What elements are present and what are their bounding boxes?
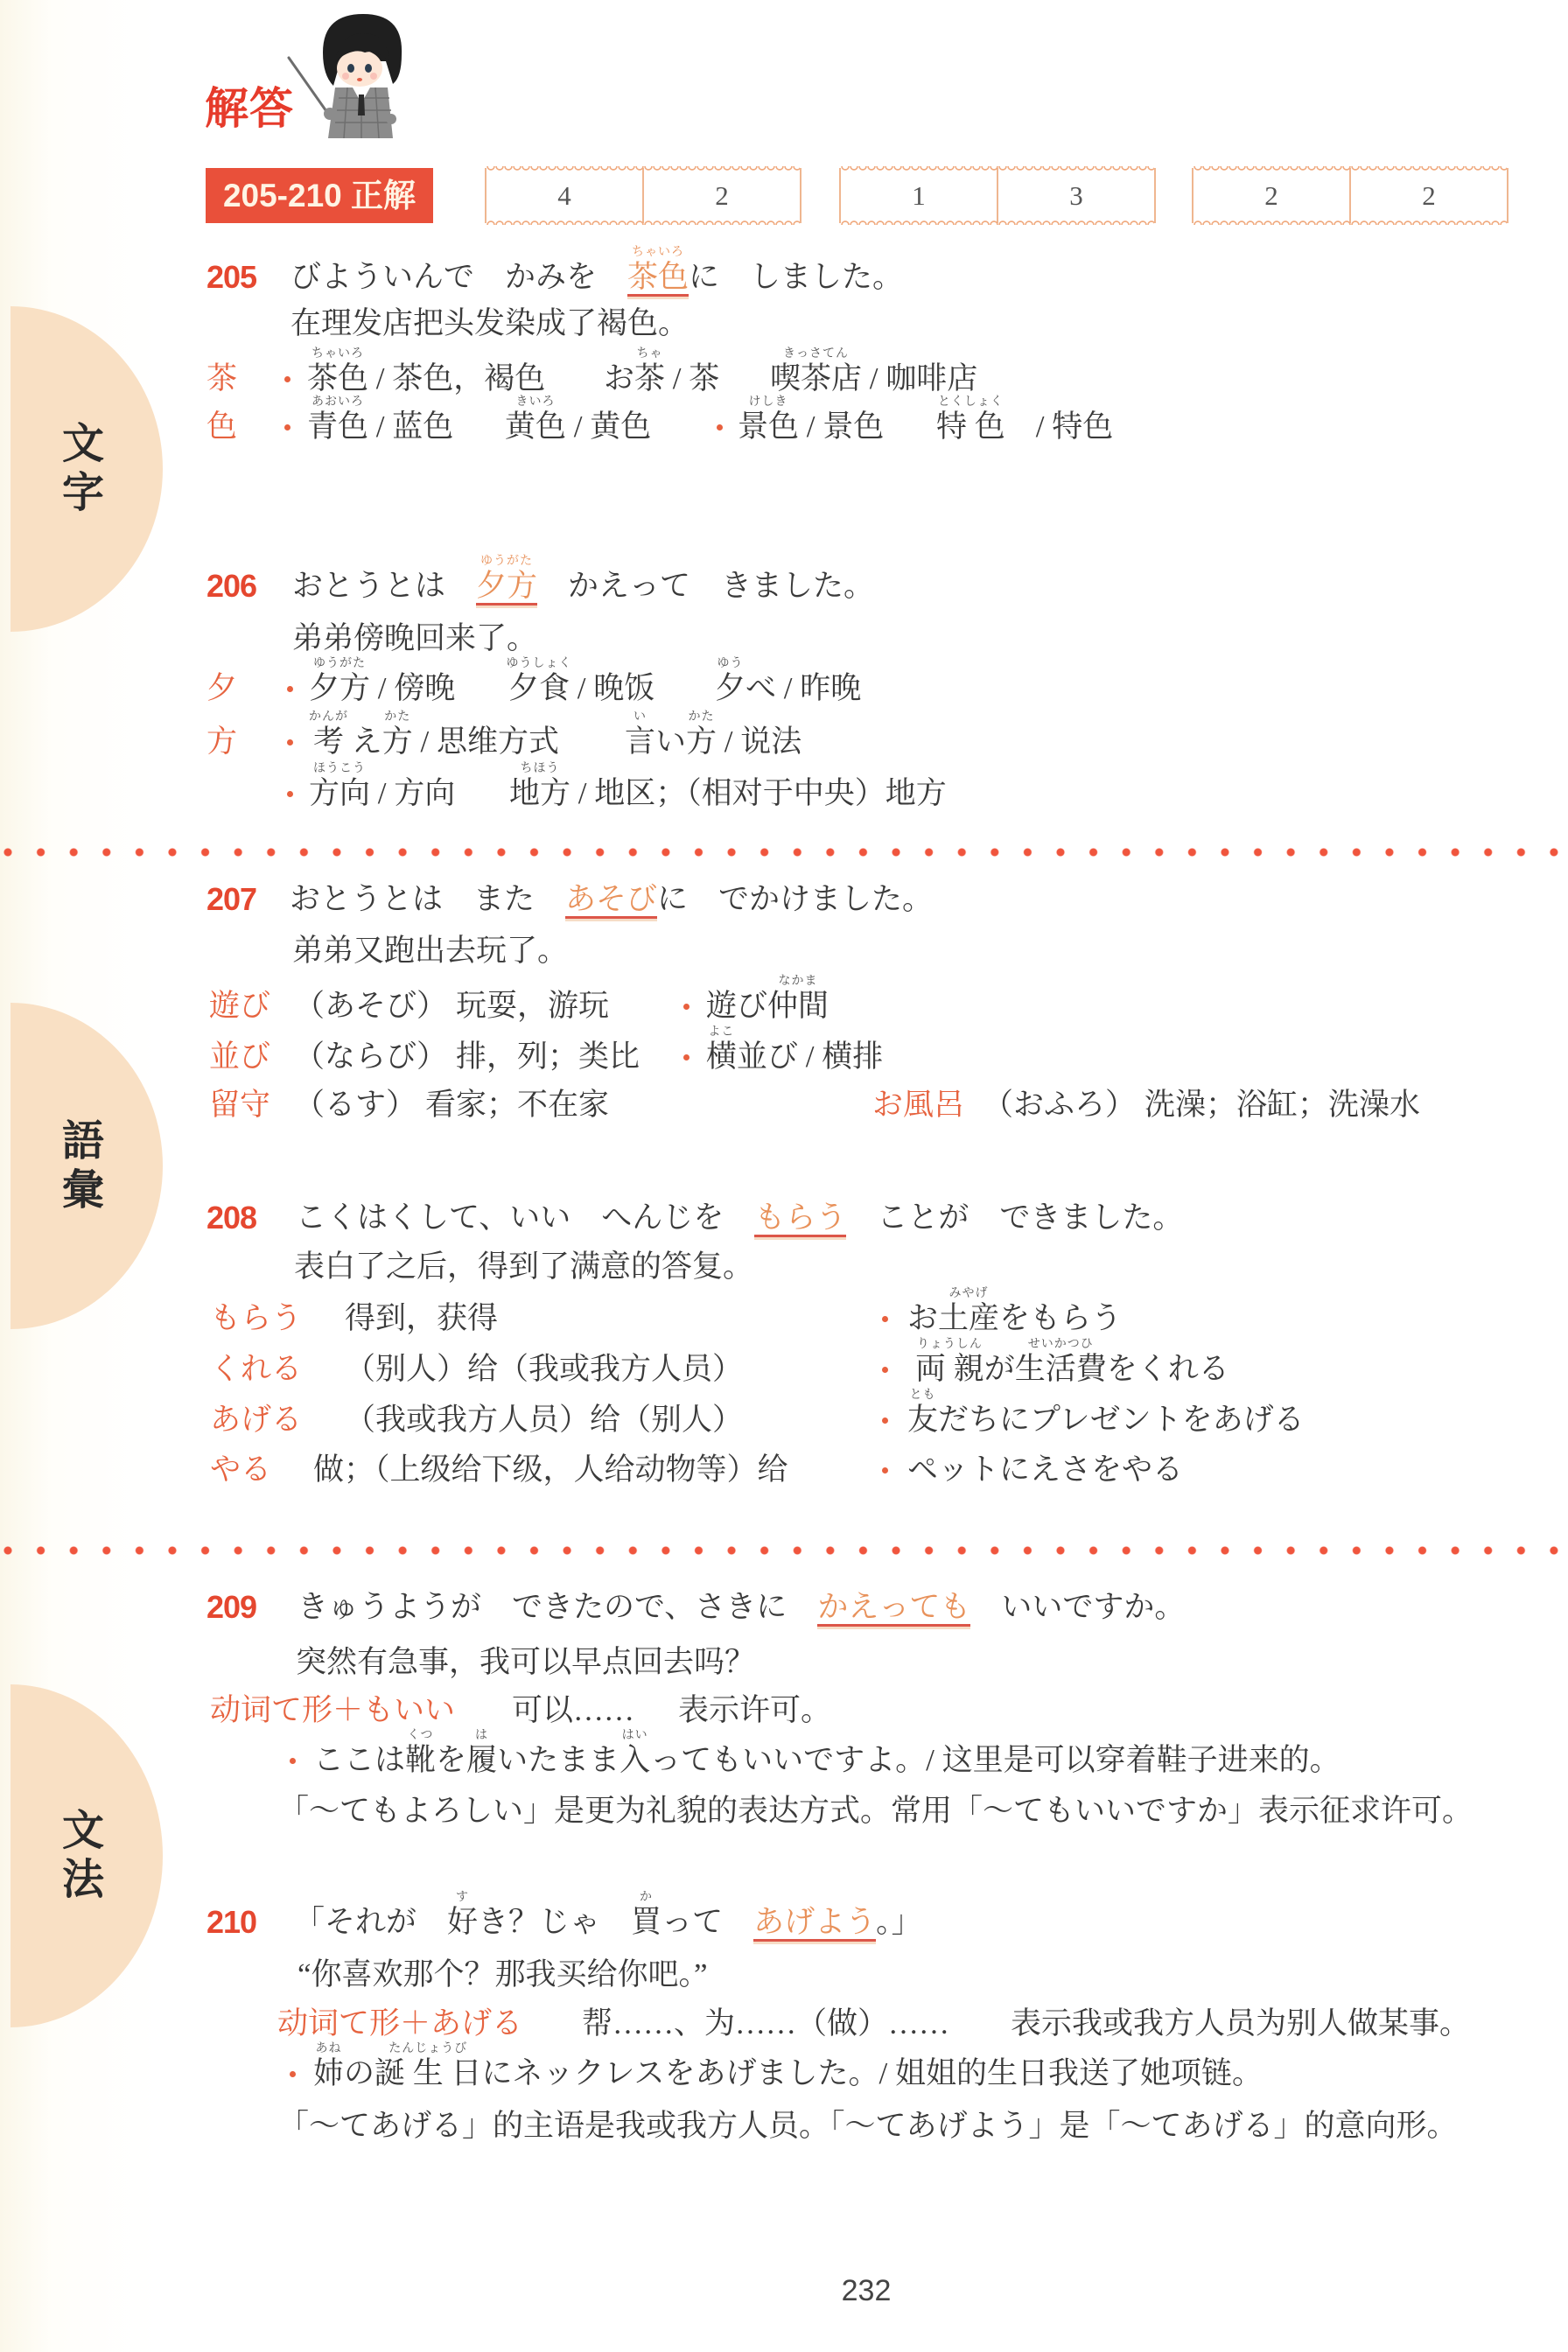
sentence-text: に しました。 xyxy=(689,260,903,294)
furigana: ほうこう xyxy=(313,763,366,775)
vocab-example: ゆうがた夕方 / 傍晚 xyxy=(309,669,455,708)
vocab-example: とも友だちにプレゼントをあげる xyxy=(907,1401,1305,1439)
reading: （るす） xyxy=(294,1088,416,1122)
furigana: きっさてん xyxy=(783,348,849,360)
answer-text: かえっても xyxy=(817,1590,970,1627)
furigana: きいろ xyxy=(516,396,556,409)
bullet-icon xyxy=(290,1758,296,1764)
reading: （ならび） xyxy=(294,1039,447,1074)
vocab-example: きっさてん喫茶店 / 咖啡店 xyxy=(770,360,977,398)
vocab-definition: （おふろ）洗澡；浴缸；洗澡水 xyxy=(983,1086,1420,1124)
sentence-text: こくはくして、いい へんじを xyxy=(296,1200,754,1235)
furigana: ちゃ xyxy=(637,348,663,360)
furigana: せいかつひ xyxy=(1028,1339,1094,1351)
bullet-icon xyxy=(882,1316,888,1322)
furigana: ゆうがた xyxy=(313,658,366,670)
vocab-definition: （ならび）排，列；类比 xyxy=(294,1038,640,1076)
ruby-word: けしき景色 xyxy=(738,408,799,446)
vocab-example: ほうこう方向 / 方向 xyxy=(309,774,455,813)
side-tab-writing: 文字 xyxy=(10,306,163,632)
question-number: 208 xyxy=(206,1199,256,1237)
vocab-word: 遊び xyxy=(209,987,270,1025)
bullet-icon xyxy=(683,1004,689,1010)
sentence-text: ことが できました。 xyxy=(846,1200,1183,1235)
ruby-word: す好 xyxy=(447,1903,478,1942)
ruby-word: ゆう夕 xyxy=(715,669,745,708)
ruby-word: ゆうしょく夕食 xyxy=(508,669,570,708)
grammar-example: ここはくつ靴をは履いたままはい入ってもいいですよ。/ 这里是可以穿着鞋子进来的。 xyxy=(313,1741,1340,1780)
furigana: ゆうしょく xyxy=(507,658,572,670)
ruby-word: ちゃいろ茶色 xyxy=(307,360,368,398)
translation: “你喜欢那个？那我买给你吧。” xyxy=(297,1956,708,1994)
dotted-separator xyxy=(0,848,1568,857)
vocab-definition: （あそび）玩耍，游玩 xyxy=(294,987,609,1025)
question-number: 209 xyxy=(206,1588,256,1627)
bullet-icon xyxy=(683,1054,689,1060)
vocab-example: きいろ黄色 / 黄色 xyxy=(505,408,651,446)
question-sentence: 「それが す好き？じゃ か買って あげよう。」 xyxy=(294,1903,922,1942)
side-tab-label: 文法 xyxy=(60,1807,106,1905)
meaning: 得到，获得 xyxy=(345,1299,498,1338)
furigana: とも xyxy=(910,1389,936,1402)
answer-text: 夕方 xyxy=(476,569,537,605)
grammar-note: 「～てもよろしい」是更为礼貌的表达方式。常用「～てもいいですか」表示征求许可。 xyxy=(278,1792,1473,1830)
grammar-meaning: 可以…… xyxy=(512,1691,634,1730)
meaning: （别人）给（我或我方人员） xyxy=(345,1350,743,1389)
ruby-word: ちゃ茶 xyxy=(634,360,665,398)
furigana: りょうしん xyxy=(917,1339,983,1351)
ruby-word: よこ横 xyxy=(706,1038,737,1076)
dotted-separator xyxy=(0,1546,1568,1555)
ruby-word: ゆうがた夕方 xyxy=(309,669,370,708)
vocab-example: あおいろ青色 / 蓝色 xyxy=(307,408,453,446)
vocab-example: かんが考 えかた方 / 思维方式 xyxy=(313,723,559,761)
grammar-meaning: 帮……、为……（做）…… xyxy=(582,2005,949,2043)
furigana: かんが xyxy=(309,711,348,724)
kanji-label: 夕 xyxy=(206,669,237,708)
furigana: みやげ xyxy=(949,1288,989,1300)
bullet-icon xyxy=(882,1417,888,1424)
vocab-definition: （るす）看家；不在家 xyxy=(294,1086,609,1124)
furigana: はい xyxy=(622,1730,648,1742)
ruby-word: ちほう地方 xyxy=(509,774,570,813)
vocab-example: よこ横並び / 横排 xyxy=(706,1038,883,1076)
meaning: 看家；不在家 xyxy=(425,1088,609,1122)
ruby-word: みやげ土産 xyxy=(938,1299,999,1338)
question-sentence: こくはくして、いい へんじを もらう ことが できました。 xyxy=(296,1199,1183,1237)
question-sentence: おとうとは また あそびに でかけました。 xyxy=(290,880,933,919)
meaning: 做；（上级给下级，人给动物等）给 xyxy=(313,1451,788,1489)
grammar-example: あね姉のたんじょうび誕 生 日にネックレスをあげました。/ 姐姐的生日我送了她项… xyxy=(313,2054,1263,2093)
sentence-text: きゅうようが できたので、さきに xyxy=(297,1590,817,1624)
furigana: い xyxy=(633,711,647,724)
ruby-word: はい入 xyxy=(619,1741,650,1780)
bullet-icon xyxy=(287,739,293,745)
textbook-page: 文字 語彙 文法 解答 205-210 正解 4 2 1 3 xyxy=(0,0,1568,2352)
furigana: ちゃいろ xyxy=(632,247,684,259)
furigana: か xyxy=(640,1892,653,1904)
furigana: あね xyxy=(316,2043,342,2055)
question-sentence: きゅうようが できたので、さきに かえっても いいですか。 xyxy=(297,1588,1185,1627)
bullet-icon xyxy=(287,686,293,692)
ruby-word: かんが考 xyxy=(313,723,344,761)
side-tab-grammar: 文法 xyxy=(10,1684,163,2027)
answer-key-cell: 1 xyxy=(841,168,998,223)
vocab-example: りょうしん両 親がせいかつひ生活費をくれる xyxy=(915,1350,1229,1389)
question-number: 206 xyxy=(206,567,256,605)
vocab-example: ちほう地方 / 地区；（相对于中央）地方 xyxy=(509,774,947,813)
translation: 表白了之后，得到了满意的答复。 xyxy=(294,1248,753,1286)
vocab-example: おみやげ土産をもらう xyxy=(907,1299,1122,1338)
answer-key-cell: 3 xyxy=(998,168,1154,223)
kanji-label: 茶 xyxy=(206,360,237,398)
answer-key-cell: 4 xyxy=(486,168,644,223)
furigana: かた xyxy=(689,711,715,724)
question-sentence: びよういんで かみを ちゃいろ茶色に しました。 xyxy=(290,258,903,297)
translation: 弟弟又跑出去玩了。 xyxy=(292,932,568,970)
answer-text: あそび xyxy=(565,882,657,919)
translation: 突然有急事，我可以早点回去吗？ xyxy=(296,1643,755,1682)
furigana: ゆう xyxy=(717,658,744,670)
vocab-example: ゆうしょく夕食 / 晚饭 xyxy=(508,669,654,708)
ruby-word: なかま仲間 xyxy=(767,987,829,1025)
vocab-word: もらう xyxy=(210,1299,302,1338)
furigana: す xyxy=(456,1892,469,1904)
ruby-word: い言 xyxy=(625,723,655,761)
ruby-word: とも友 xyxy=(907,1401,938,1439)
meaning: 排，列；类比 xyxy=(456,1039,640,1074)
vocab-example: い言いかた方 / 说法 xyxy=(625,723,801,761)
sentence-text: おとうとは xyxy=(292,569,476,603)
furigana: ちほう xyxy=(521,763,560,775)
answer-range-badge: 205-210 正解 xyxy=(206,168,433,223)
answer-word: ゆうがた夕方 xyxy=(476,567,537,605)
vocab-example: ちゃいろ茶色 / 茶色，褐色 xyxy=(307,360,545,398)
answer-word: ちゃいろ茶色 xyxy=(627,258,689,297)
ruby-word: きっさてん喫茶店 xyxy=(770,360,862,398)
vocab-word: あげる xyxy=(210,1401,302,1439)
ruby-word: とくしょく特 色 xyxy=(936,408,1005,446)
vocab-word: お風呂 xyxy=(872,1086,964,1124)
ruby-word: かた方 xyxy=(686,723,717,761)
sentence-text: おとうとは また xyxy=(290,882,565,916)
page-title: 解答 xyxy=(205,84,294,133)
meaning: （我或我方人员）给（别人） xyxy=(345,1401,743,1439)
grammar-explanation: 表示许可。 xyxy=(678,1691,831,1730)
sentence-text: に でかけました。 xyxy=(657,882,933,916)
answer-key-group: 2 2 xyxy=(1192,168,1508,223)
ruby-word: きいろ黄色 xyxy=(505,408,566,446)
side-tab-vocabulary: 語彙 xyxy=(10,1003,163,1329)
vocab-example: ペットにえさをやる xyxy=(907,1451,1183,1489)
furigana: たんじょうび xyxy=(388,2043,467,2055)
ruby-word: かた方 xyxy=(382,723,413,761)
side-tab-label: 語彙 xyxy=(60,1117,106,1215)
reading: （おふろ） xyxy=(983,1088,1136,1122)
kanji-label: 方 xyxy=(206,723,237,761)
translation: 在理发店把头发染成了褐色。 xyxy=(290,304,689,343)
answer-text: もらう xyxy=(754,1200,846,1237)
ruby-word: あおいろ青色 xyxy=(307,408,368,446)
answer-text: 茶色 xyxy=(627,260,689,297)
bullet-icon xyxy=(287,791,293,797)
question-number: 207 xyxy=(206,880,256,919)
bullet-icon xyxy=(882,1367,888,1373)
vocab-word: くれる xyxy=(210,1350,302,1389)
teacher-mascot-icon xyxy=(284,7,411,143)
meaning: 洗澡；浴缸；洗澡水 xyxy=(1144,1088,1420,1122)
bullet-icon xyxy=(882,1467,888,1473)
question-number: 205 xyxy=(206,258,256,297)
ruby-word: せいかつひ生活費 xyxy=(1015,1350,1107,1389)
side-tab-label: 文字 xyxy=(60,420,106,518)
furigana: あおいろ xyxy=(311,396,364,409)
vocab-word: 並び xyxy=(209,1038,270,1076)
reading: （あそび） xyxy=(294,989,447,1023)
vocab-example: とくしょく特 色 / 特色 xyxy=(936,408,1113,446)
bullet-icon xyxy=(284,376,290,382)
bullet-icon xyxy=(717,424,723,430)
question-sentence: おとうとは ゆうがた夕方 かえって きました。 xyxy=(292,567,874,605)
question-number: 210 xyxy=(206,1903,256,1942)
furigana: は xyxy=(475,1730,488,1742)
answer-text: あげよう xyxy=(753,1905,876,1942)
grammar-pattern: 动词て形＋もいい xyxy=(210,1691,455,1730)
ruby-word: か買 xyxy=(631,1903,661,1942)
ruby-word: たんじょうび誕 生 日 xyxy=(374,2054,482,2093)
ruby-word: ほうこう方向 xyxy=(309,774,370,813)
vocab-example: ゆう夕べ / 昨晚 xyxy=(715,669,861,708)
kanji-label: 色 xyxy=(206,408,237,446)
ruby-word: りょうしん両 親 xyxy=(915,1350,984,1389)
vocab-word: 留守 xyxy=(209,1086,270,1124)
furigana: けしき xyxy=(749,396,788,409)
furigana: ちゃいろ xyxy=(311,348,364,360)
ruby-word: くつ靴 xyxy=(405,1741,436,1780)
grammar-note: 「～てあげる」的主语是我或我方人员。「～てあげよう」是「～てあげる」的意向形。 xyxy=(278,2107,1458,2145)
vocab-example: 遊びなかま仲間 xyxy=(706,987,829,1025)
ruby-word: は履 xyxy=(466,1741,497,1780)
furigana: なかま xyxy=(779,976,818,988)
answer-key-group: 4 2 xyxy=(485,168,801,223)
vocab-word: やる xyxy=(210,1451,271,1489)
furigana: くつ xyxy=(408,1730,434,1742)
page-number: 232 xyxy=(831,2271,901,2310)
furigana: よこ xyxy=(709,1026,735,1039)
ruby-word: あね姉 xyxy=(313,2054,344,2093)
bullet-icon xyxy=(284,424,290,430)
answer-key-cell: 2 xyxy=(1193,168,1351,223)
translation: 弟弟傍晚回来了。 xyxy=(292,619,537,658)
grammar-explanation: 表示我或我方人员为别人做某事。 xyxy=(1011,2005,1470,2043)
answer-key-cell: 2 xyxy=(644,168,800,223)
vocab-example: おちゃ茶 / 茶 xyxy=(604,360,719,398)
furigana: かた xyxy=(384,711,410,724)
furigana: とくしょく xyxy=(938,396,1004,409)
sentence-text: びよういんで かみを xyxy=(290,260,627,294)
vocab-example: けしき景色 / 景色 xyxy=(738,408,884,446)
bullet-icon xyxy=(290,2071,296,2077)
furigana: ゆうがた xyxy=(480,556,533,568)
answer-key-group: 1 3 xyxy=(839,168,1156,223)
sentence-text: いいですか。 xyxy=(970,1590,1185,1624)
sentence-text: 。」 xyxy=(876,1905,922,1939)
sentence-text: 「それが xyxy=(294,1905,447,1939)
meaning: 玩耍，游玩 xyxy=(456,989,609,1023)
answer-key-cell: 2 xyxy=(1351,168,1507,223)
sentence-text: かえって きました。 xyxy=(537,569,874,603)
grammar-pattern: 动词て形＋あげる xyxy=(277,2005,522,2043)
